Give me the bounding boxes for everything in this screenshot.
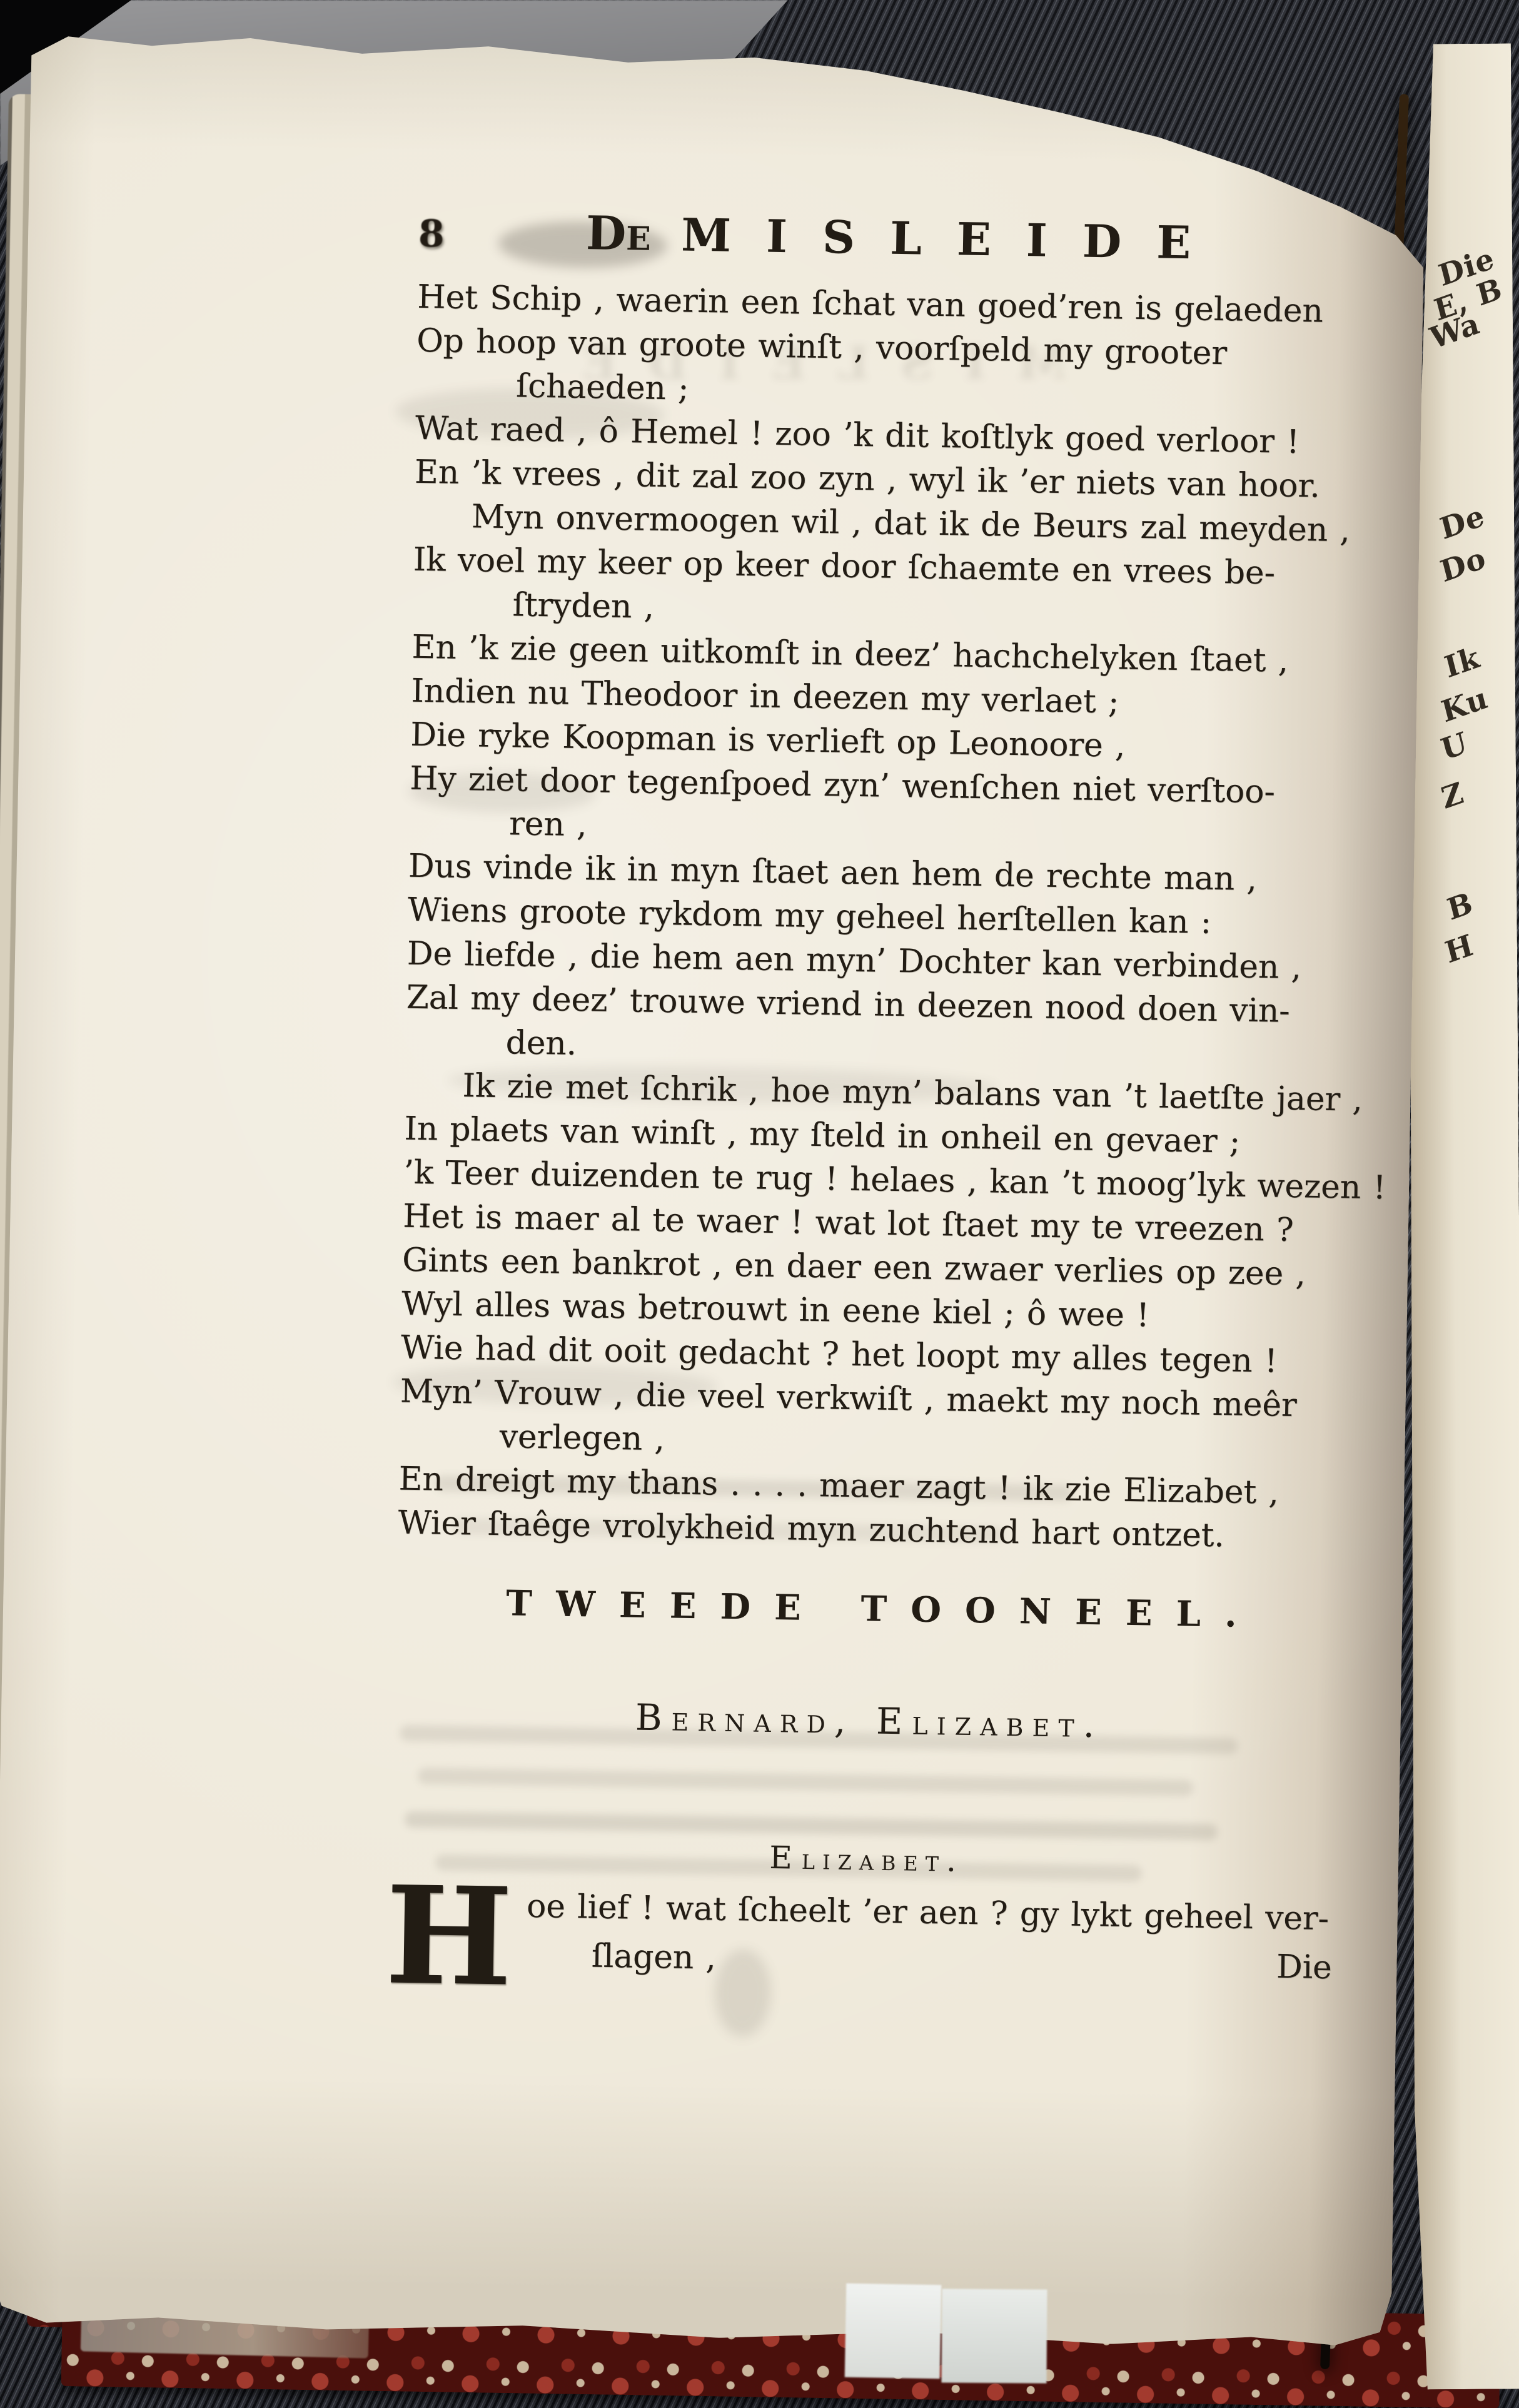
book-page: MISLEIDE 8 DeMISLEIDE Het Schip , waerin… xyxy=(0,30,1427,2349)
cast-name-initial: E xyxy=(876,1700,912,1743)
page-number: 8 xyxy=(418,212,445,256)
paper-slip xyxy=(941,2289,1047,2383)
cast-name-initial: B xyxy=(635,1696,672,1739)
facing-page-fragment: Ik xyxy=(1441,640,1483,685)
running-title-initial: D xyxy=(585,206,627,261)
facing-page-fragment: U xyxy=(1438,726,1471,767)
scene-heading: TWEEDE TOONEEL. xyxy=(396,1581,1346,1637)
catchword: Die xyxy=(1276,1943,1332,1992)
speaker-initial: E xyxy=(769,1839,802,1876)
drop-cap: H xyxy=(385,1888,513,1984)
running-title: DeMISLEIDE xyxy=(444,205,1368,273)
cast-separator: , xyxy=(834,1699,877,1743)
facing-page-fragment: Z xyxy=(1438,776,1467,816)
speaker-name: Elizabet. xyxy=(393,1834,1343,1885)
running-title-small-e: e xyxy=(626,207,657,261)
speaker-period: . xyxy=(946,1842,966,1878)
speech-block: H oe lief ! wat ſcheelt ’er aen ? gy lyk… xyxy=(391,1880,1341,1993)
page-content: 8 DeMISLEIDE Het Schip , waerin een ſcha… xyxy=(0,30,1427,2349)
facing-page-fragment: Do xyxy=(1437,540,1490,589)
cast-name-rest: ernard xyxy=(671,1699,834,1741)
cast-list: Bernard, Elizabet. xyxy=(395,1692,1345,1750)
facing-page-fragment: De xyxy=(1436,498,1488,547)
cast-name-rest: lizabet xyxy=(912,1703,1083,1745)
poem-text: Het Schip , waerin een ſchat van goed’re… xyxy=(398,275,1367,1560)
speaker-rest: lizabet xyxy=(802,1842,947,1878)
running-header: 8 DeMISLEIDE xyxy=(418,204,1368,281)
facing-page-fragment: H xyxy=(1441,928,1477,970)
facing-page-fragment: B xyxy=(1444,886,1476,928)
running-title-word: MISLEIDE xyxy=(681,208,1226,270)
speech-line-continuation: ſlagen , xyxy=(591,1932,716,1983)
facing-page-fragment: Ku xyxy=(1438,680,1491,730)
cast-period: . xyxy=(1082,1703,1104,1746)
paper-slip xyxy=(845,2284,942,2379)
